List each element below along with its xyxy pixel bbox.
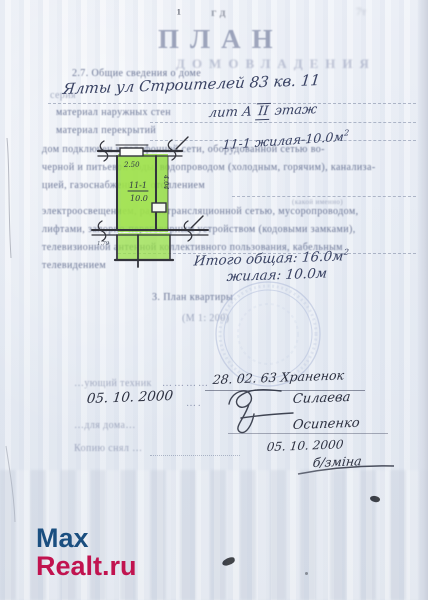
- maxrealt-logo-line1[interactable]: Max: [36, 524, 137, 552]
- scanned-document-page: ¹ г д 7т ПЛАН ДОМОВЛАДЕНИЯ 2.7. Общие св…: [0, 0, 428, 600]
- maxrealt-logo[interactable]: Max Realt.ru: [36, 524, 137, 580]
- maxrealt-logo-line2[interactable]: Realt.ru: [36, 552, 137, 580]
- page-edge-shadow: [417, 0, 428, 600]
